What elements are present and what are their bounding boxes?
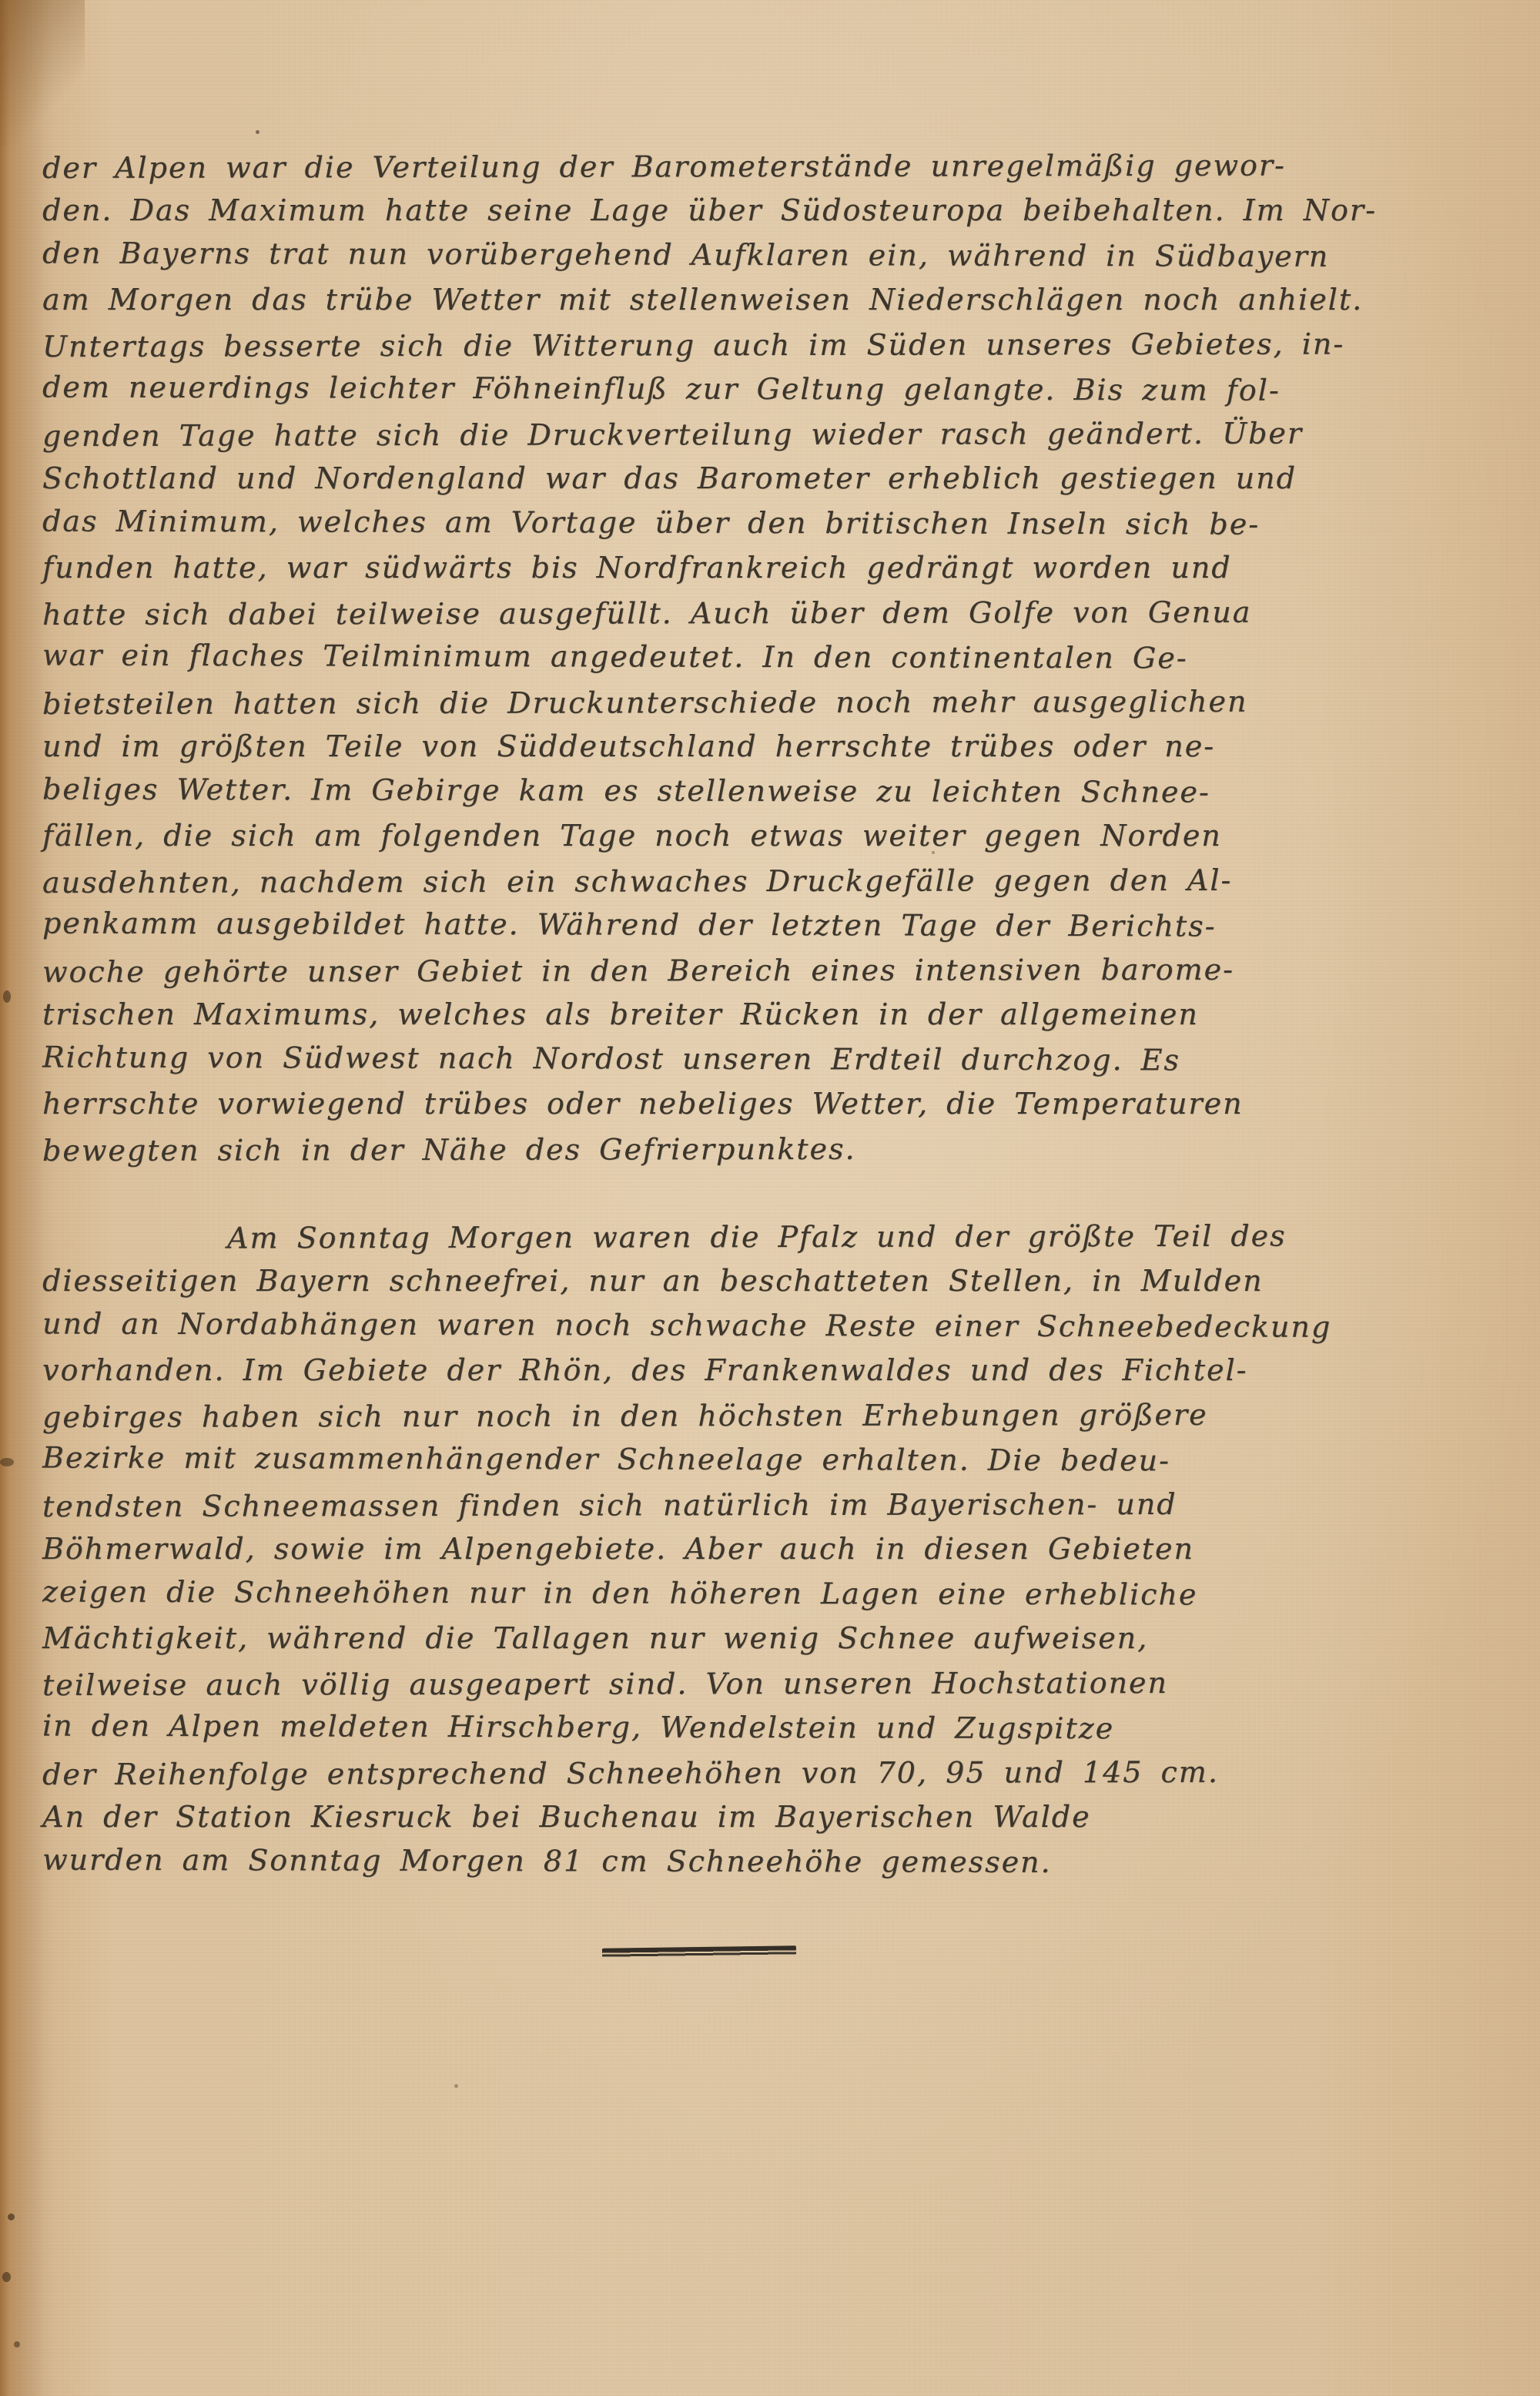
text-line: Mächtigkeit, während die Tallagen nur we… bbox=[42, 1616, 1509, 1660]
text-line: teilweise auch völlig ausgeapert sind. V… bbox=[42, 1660, 1509, 1707]
paper-blemish bbox=[454, 2084, 458, 2088]
text-line: woche gehörte unser Gebiet in den Bereic… bbox=[42, 947, 1509, 994]
text-line: fällen, die sich am folgenden Tage noch … bbox=[42, 813, 1509, 858]
text-line: Bezirke mit zusammenhängender Schneelage… bbox=[42, 1436, 1509, 1484]
text-line: dem neuerdings leichter Föhneinfluß zur … bbox=[42, 365, 1509, 414]
paper-blemish bbox=[14, 2341, 20, 2347]
handwritten-text-block: der Alpen war die Verteilung der Baromet… bbox=[42, 143, 1509, 1884]
paper-blemish bbox=[0, 1458, 14, 1466]
paper-blemish bbox=[3, 990, 11, 1003]
text-line: vorhanden. Im Gebiete der Rhön, des Fran… bbox=[42, 1348, 1509, 1392]
text-line: der Alpen war die Verteilung der Baromet… bbox=[42, 142, 1509, 190]
text-line: den Bayerns trat nun vorübergehend Aufkl… bbox=[42, 231, 1509, 280]
text-line: bewegten sich in der Nähe des Gefrierpun… bbox=[42, 1125, 1509, 1173]
text-line: und im größten Teile von Süddeutschland … bbox=[42, 724, 1509, 769]
text-line: Böhmerwald, sowie im Alpengebiete. Aber … bbox=[42, 1526, 1509, 1571]
paper-blemish bbox=[8, 2213, 15, 2220]
paper-blemish bbox=[256, 130, 259, 134]
text-line: der Reihenfolge entsprechend Schneehöhen… bbox=[42, 1749, 1509, 1797]
text-line: hatte sich dabei teilweise ausgefüllt. A… bbox=[42, 589, 1509, 637]
text-line: herrschte vorwiegend trübes oder nebelig… bbox=[42, 1081, 1509, 1126]
text-line: wurden am Sonntag Morgen 81 cm Schneehöh… bbox=[42, 1838, 1509, 1886]
text-line: bietsteilen hatten sich die Druckuntersc… bbox=[42, 679, 1509, 726]
text-line: ausdehnten, nachdem sich ein schwaches D… bbox=[42, 857, 1509, 905]
text-line: beliges Wetter. Im Gebirge kam es stelle… bbox=[42, 767, 1509, 816]
text-line: Untertags besserte sich die Witterung au… bbox=[42, 321, 1509, 369]
text-line: das Minimum, welches am Vortage über den… bbox=[42, 499, 1509, 548]
text-line: trischen Maximums, welches als breiter R… bbox=[42, 992, 1509, 1037]
page-corner-shading bbox=[0, 0, 85, 146]
manuscript-page: der Alpen war die Verteilung der Baromet… bbox=[0, 0, 1540, 2396]
text-line: diesseitigen Bayern schneefrei, nur an b… bbox=[42, 1258, 1509, 1303]
text-line: gebirges haben sich nur noch in den höch… bbox=[42, 1392, 1509, 1439]
text-line: Richtung von Südwest nach Nordost unsere… bbox=[42, 1035, 1509, 1084]
text-line: und an Nordabhängen waren noch schwache … bbox=[42, 1302, 1509, 1350]
paragraph-snow-report: Am Sonntag Morgen waren die Pfalz und de… bbox=[42, 1214, 1509, 1884]
text-line: funden hatte, war südwärts bis Nordfrank… bbox=[42, 545, 1509, 590]
text-line: war ein flaches Teilminimum angedeutet. … bbox=[42, 633, 1509, 682]
text-line: in den Alpen meldeten Hirschberg, Wendel… bbox=[42, 1704, 1509, 1752]
text-line: penkamm ausgebildet hatte. Während der l… bbox=[42, 901, 1509, 950]
text-line: den. Das Maximum hatte seine Lage über S… bbox=[42, 188, 1509, 233]
text-line: An der Station Kiesruck bei Buchenau im … bbox=[42, 1794, 1509, 1839]
paper-blemish bbox=[2, 2272, 11, 2282]
text-line: genden Tage hatte sich die Druckverteilu… bbox=[42, 411, 1509, 458]
text-line: Schottland und Nordengland war das Barom… bbox=[42, 456, 1509, 501]
paragraph-weather-overview: der Alpen war die Verteilung der Baromet… bbox=[42, 143, 1509, 1171]
text-line: tendsten Schneemassen finden sich natürl… bbox=[42, 1481, 1509, 1529]
text-line: Am Sonntag Morgen waren die Pfalz und de… bbox=[42, 1213, 1509, 1261]
closing-rule-divider bbox=[602, 1945, 796, 1958]
text-line: zeigen die Schneehöhen nur in den höhere… bbox=[42, 1570, 1509, 1618]
text-line: am Morgen das trübe Wetter mit stellenwe… bbox=[42, 277, 1509, 322]
